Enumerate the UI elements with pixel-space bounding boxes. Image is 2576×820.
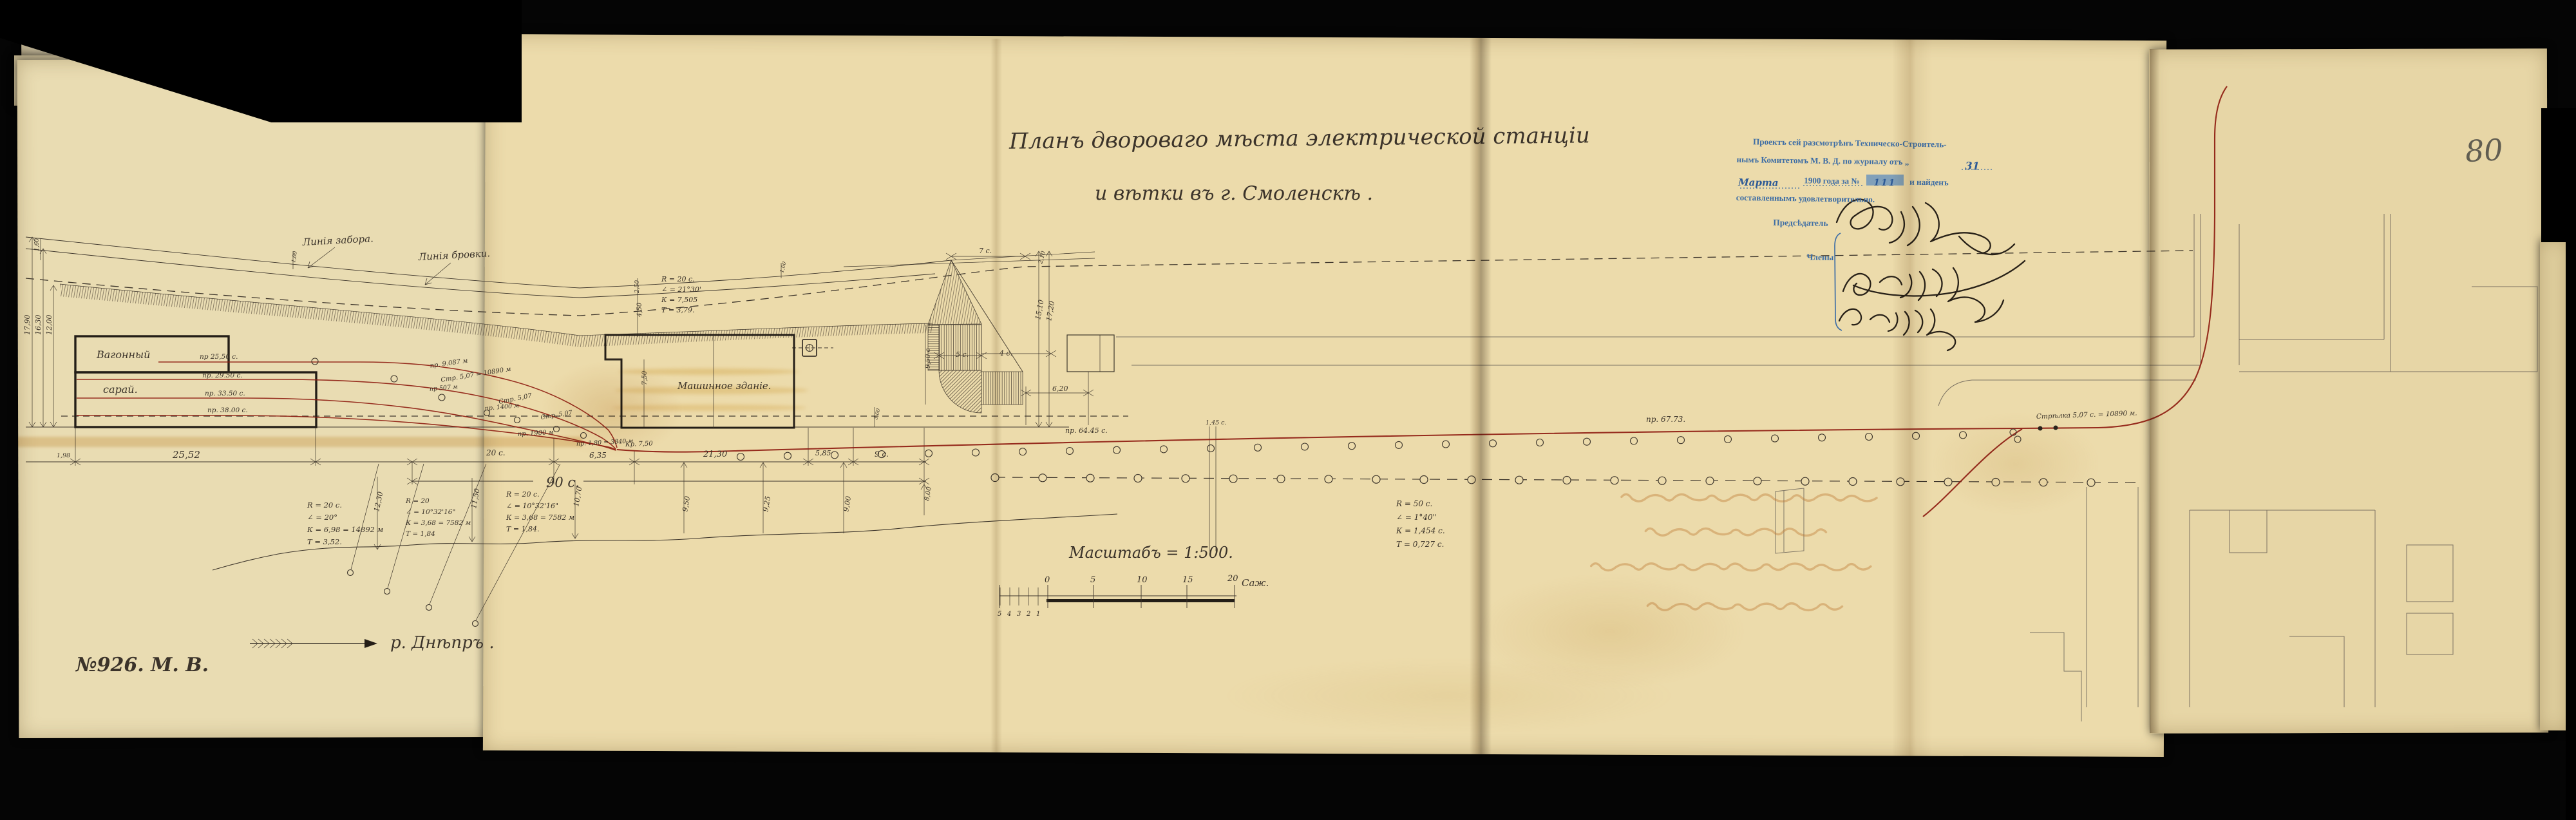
chairman-signature xyxy=(1837,200,2025,296)
curve-data-line: ∠ = 20° xyxy=(307,513,337,522)
curve-data-line: Т = 3,79. xyxy=(661,306,695,314)
curve-data-line: ∠ = 21°30' xyxy=(661,285,701,294)
scale-subtick: 5 xyxy=(998,611,1001,618)
scanned-plan-page: Планъ двороваго мѣста электрической стан… xyxy=(0,0,2576,820)
curve-data-line: К = 3,68 = 7582 м xyxy=(405,519,471,527)
brow-line-label: Линія бровки. xyxy=(417,247,490,263)
scale-caption: Масштабъ = 1:500. xyxy=(1068,544,1233,562)
scale-tick: 20 xyxy=(1227,574,1238,584)
dimension-label: 1,00 xyxy=(779,261,787,274)
curve-data-line: R = 20 xyxy=(405,497,430,505)
plan-title-line1: Планъ двороваго мѣста электрической стан… xyxy=(1009,122,1590,154)
track-profile-label: пр. 38.00 с. xyxy=(207,406,248,414)
scan-black-edge xyxy=(2566,238,2576,820)
dimension-label: 5 с. xyxy=(956,350,969,359)
dimension-label: 9,00 xyxy=(842,495,853,512)
scale-unit: Саж. xyxy=(1242,577,1269,589)
dimension-label: 8,00 xyxy=(923,486,933,501)
track-profile-label: 1,45 с. xyxy=(1206,419,1227,426)
scale-subtick: 3 xyxy=(1017,611,1021,618)
track-profile-label: пр. 1400 м xyxy=(484,402,519,412)
curve-data-block: R = 20 ∠ = 10°32'16" К = 3,68 = 7582 м Т… xyxy=(405,497,471,538)
fence-line-label: Линія забора. xyxy=(301,233,374,248)
machine-building-label: Машинное зданіе. xyxy=(677,380,772,392)
dimension-label: 6,20 xyxy=(1052,385,1068,393)
dimension-label: 12,00 xyxy=(45,315,53,336)
small-building xyxy=(1067,335,1114,372)
river-label: р. Днѣпръ . xyxy=(390,633,495,653)
track-profile-label: Стр. 5,07 xyxy=(540,409,574,421)
dimension-label: 15,10 xyxy=(1034,299,1045,320)
dimension-label: 17,90 xyxy=(23,315,32,336)
scale-subtick: 1 xyxy=(1036,611,1040,618)
track-profile-label: Кр. 7,50 xyxy=(625,440,654,448)
curve-data-block: R = 20 с. ∠ = 21°30' К = 7,505 Т = 3,79. xyxy=(661,275,701,314)
scale-tick: 10 xyxy=(1137,575,1148,585)
wagon-shed-label-1: Вагонный xyxy=(96,348,150,361)
stamp-day-handwritten: 31 xyxy=(1965,160,1980,172)
scale-subtick: 4 xyxy=(1007,611,1011,618)
dimension-label: 1,60 xyxy=(34,238,41,251)
dimension-label: 25,52 xyxy=(172,449,200,461)
track-profile-label: пр. 67.73. xyxy=(1646,415,1685,424)
track-profile-label: пр. 64.45 с. xyxy=(1065,426,1108,435)
dimension-label: 12,30 xyxy=(372,491,384,513)
dimension-label: 5,85 xyxy=(815,449,831,457)
dimension-label: 20 с. xyxy=(486,448,506,457)
curve-data-line: Т = 1,84. xyxy=(506,525,540,533)
stamp-line4: составленнымъ удовлетворительно. xyxy=(1736,193,1875,204)
curve-data-line: R = 20 с. xyxy=(506,490,540,499)
curve-data-line: ∠ = 10°32'16" xyxy=(506,502,558,510)
curve-data-block: R = 20 с. ∠ = 10°32'16" К = 3,68 = 7582 … xyxy=(506,490,574,533)
plan-title-line2: и вѣтки въ г. Смоленскѣ . xyxy=(1095,182,1373,205)
stamp-month-handwritten: Марта xyxy=(1738,176,1779,189)
curve-data-block: R = 50 с. ∠ = 1°40" К = 1,454 с. Т = 0,7… xyxy=(1396,499,1445,549)
members-brace xyxy=(1835,233,1842,330)
stamp-line1: Проектъ сей разсмотрѣнъ Техническо-Строи… xyxy=(1753,137,1947,149)
scale-tick: 0 xyxy=(1045,575,1050,585)
stamp-line3-tail: и найденъ xyxy=(1909,177,1949,187)
curve-data-line: ∠ = 10°32'16" xyxy=(406,508,455,516)
dimension-label: 9,50 xyxy=(681,495,692,512)
curve-data-line: ∠ = 1°40" xyxy=(1396,513,1436,522)
curve-data-line: К = 6,98 = 14892 м xyxy=(307,525,383,534)
curve-data-line: Т = 0,727 с. xyxy=(1396,540,1444,549)
switch-note-label: Стрѣлка 5,07 с. = 10890 м. xyxy=(2036,410,2137,421)
curve-data-line: R = 50 с. xyxy=(1396,499,1432,508)
stamp-members-label: Члены xyxy=(1806,252,1833,262)
scale-tick: 5 xyxy=(1090,575,1095,585)
plan-drawing: Планъ двороваго мѣста электрической стан… xyxy=(0,0,2576,820)
curve-data-line: Т = 1,84 xyxy=(406,530,435,538)
curve-data-line: К = 7,505 xyxy=(661,296,697,304)
dimension-label: 2,50 xyxy=(634,280,641,294)
construction-lines xyxy=(26,237,2193,648)
dimension-label: 3,00 xyxy=(873,408,881,421)
dimension-label: 6,35 xyxy=(589,451,607,460)
dimension-label: 4,50 xyxy=(636,302,643,318)
dimension-label: 11,50 xyxy=(469,488,481,509)
dimension-label: 7 с. xyxy=(979,247,992,255)
curve-data-line: R = 20 с. xyxy=(661,275,695,283)
ink-bleedthrough xyxy=(1589,488,1880,616)
stamp-chairman-label: Предсѣдатель xyxy=(1773,218,1828,228)
curve-data-line: Т = 3,52. xyxy=(307,537,342,546)
dimension-label: 1,98 xyxy=(57,452,70,459)
wagon-shed-lower xyxy=(75,372,316,427)
archive-page-number: 80 xyxy=(2465,132,2504,169)
dimension-label: 7,50 xyxy=(641,370,649,385)
stamp-journal-number: 111 xyxy=(1873,178,1896,188)
dimension-label: 1,00 xyxy=(290,251,298,263)
dimension-label: 4 с. xyxy=(999,349,1012,358)
dimension-label: 9,25 xyxy=(761,495,772,512)
wagon-shed-label-2: сарай. xyxy=(103,383,138,396)
stamp-line3: 1900 года за № xyxy=(1804,175,1860,186)
plan-number: №926. М. В. xyxy=(75,654,209,676)
scan-black-edge xyxy=(2541,108,2576,242)
scale-subtick: 2 xyxy=(1026,611,1030,618)
street-outlines xyxy=(1116,214,2537,721)
member-signature-1 xyxy=(1843,268,2003,322)
dimension-label: 17,20 xyxy=(1045,300,1056,321)
member-signature-2 xyxy=(1839,309,1955,350)
dimension-arrowheads xyxy=(29,237,1094,549)
stamp-line2: нымъ Комитетомъ М. В. Д. по журналу отъ … xyxy=(1737,155,1909,167)
dimension-label: 16,30 xyxy=(34,315,43,336)
curve-data-block: R = 20 с. ∠ = 20° К = 6,98 = 14892 м Т =… xyxy=(307,501,383,546)
track-profile-label: пр. 33.50 с. xyxy=(205,390,245,397)
curve-data-line: К = 1,454 с. xyxy=(1396,526,1445,535)
track-profile-label: пр 25,50 с. xyxy=(200,353,238,361)
dimension-label: 9,50 с xyxy=(925,348,932,368)
track-profile-label: пр. 1900 м xyxy=(518,429,554,438)
curve-data-line: К = 3,68 = 7582 м xyxy=(506,513,574,522)
dimension-label: 21,30 xyxy=(703,450,727,459)
track-profile-label: пр. 29.50 с. xyxy=(202,372,243,379)
scale-tick: 15 xyxy=(1182,575,1193,585)
curve-data-line: R = 20 с. xyxy=(307,501,342,510)
dimension-label: 9 с. xyxy=(875,450,889,459)
